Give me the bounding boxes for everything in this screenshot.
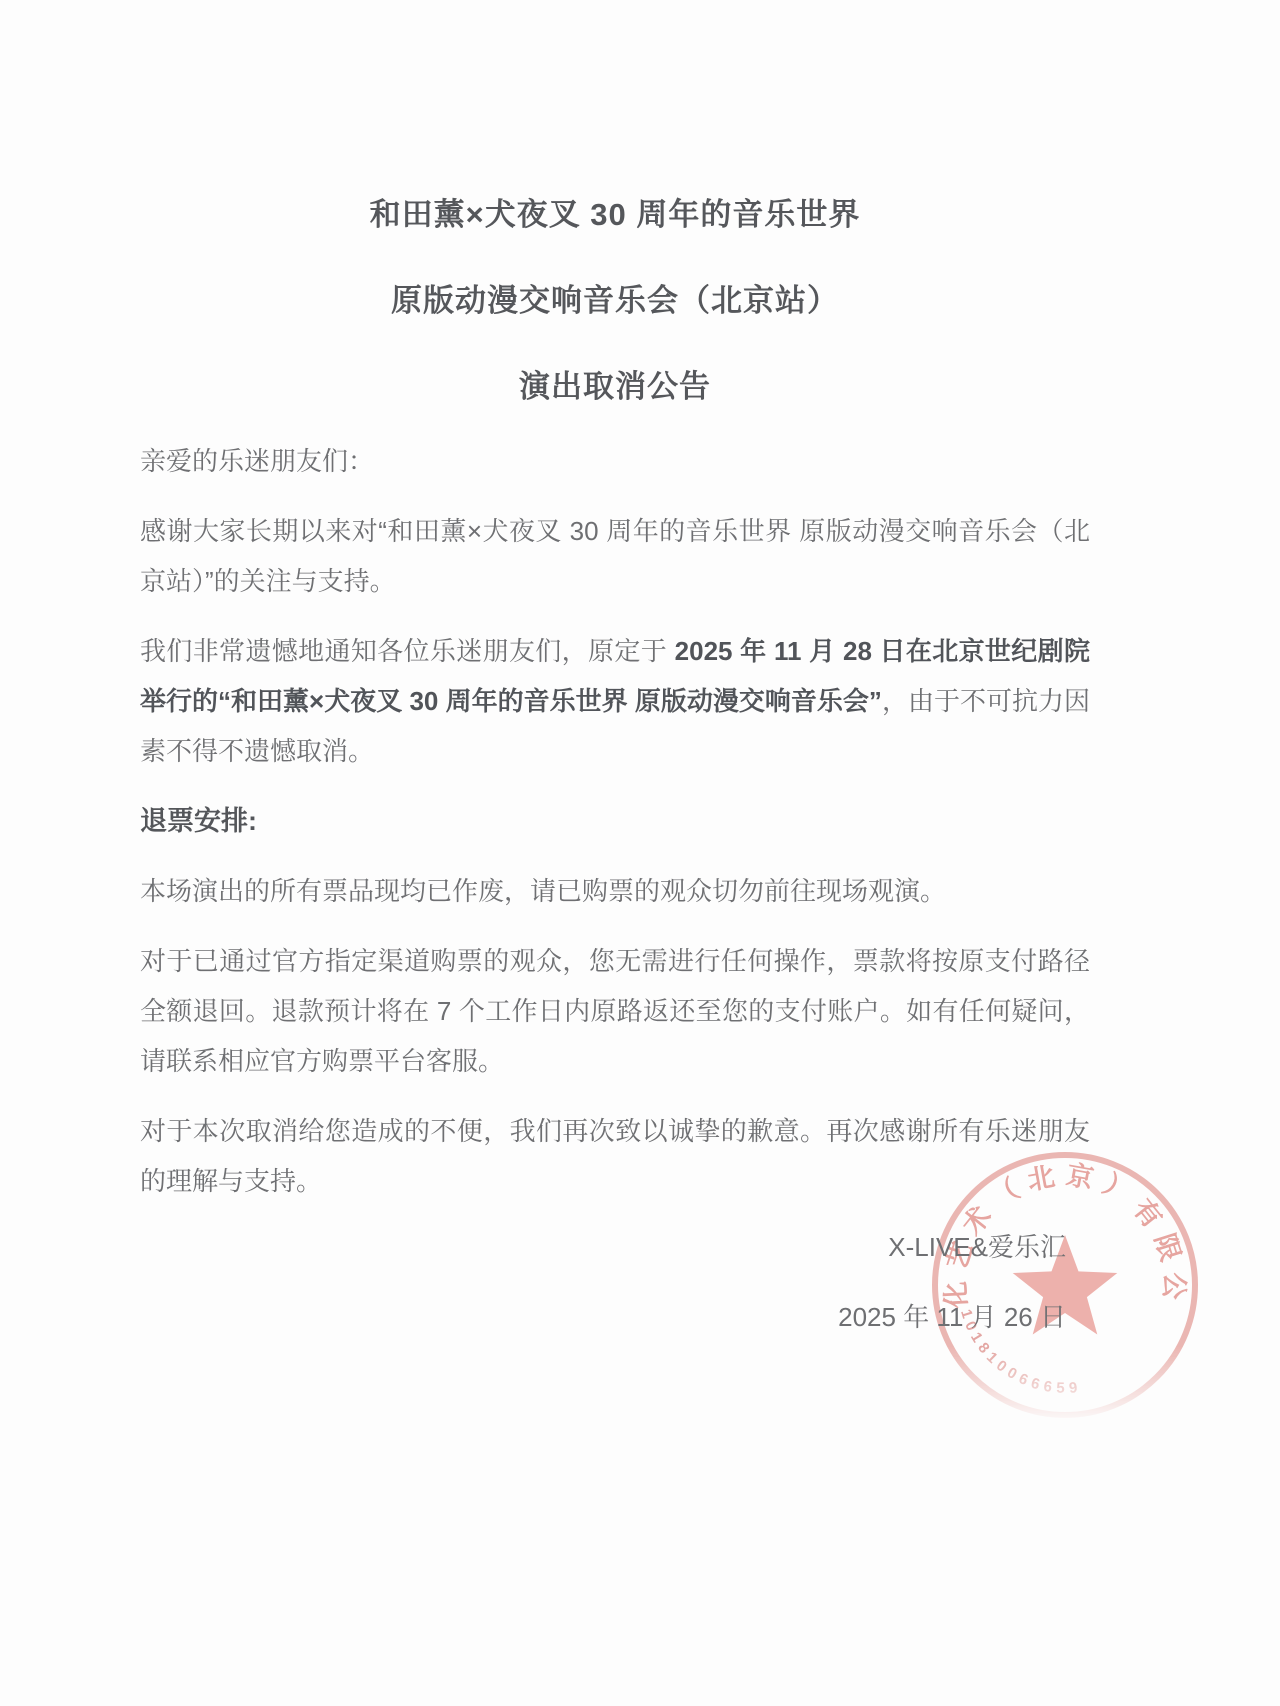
page-title-line-2: 原版动漫交响音乐会（北京站）	[140, 284, 1090, 318]
signature-block: X-LIVE&爱乐汇 2025 年 11 月 26 日	[140, 1226, 1090, 1338]
salutation: 亲爱的乐迷朋友们：	[140, 436, 1090, 486]
paragraph-refund-details: 对于已通过官方指定渠道购票的观众，您无需进行任何操作，票款将按原支付路径全额退回…	[140, 936, 1090, 1086]
refund-section-heading: 退票安排:	[140, 796, 1090, 846]
page-title-line-1: 和田薰×犬夜叉 30 周年的音乐世界	[140, 198, 1090, 232]
announcement-content: 和田薰×犬夜叉 30 周年的音乐世界 原版动漫交响音乐会（北京站） 演出取消公告…	[140, 198, 1090, 1338]
cancellation-text-pre: 我们非常遗憾地通知各位乐迷朋友们，原定于	[140, 636, 675, 666]
signature-organizer: X-LIVE&爱乐汇	[140, 1226, 1066, 1268]
signature-date: 2025 年 11 月 26 日	[140, 1296, 1066, 1338]
paragraph-apology: 对于本次取消给您造成的不便，我们再次致以诚挚的歉意。再次感谢所有乐迷朋友的理解与…	[140, 1106, 1090, 1206]
paragraph-thanks: 感谢大家长期以来对“和田薰×犬夜叉 30 周年的音乐世界 原版动漫交响音乐会（北…	[140, 506, 1090, 606]
page-title-line-3: 演出取消公告	[140, 370, 1090, 404]
paragraph-cancellation: 我们非常遗憾地通知各位乐迷朋友们，原定于 2025 年 11 月 28 日在北京…	[140, 626, 1090, 776]
announcement-page: 和田薰×犬夜叉 30 周年的音乐世界 原版动漫交响音乐会（北京站） 演出取消公告…	[0, 0, 1280, 1706]
paragraph-tickets-void: 本场演出的所有票品现均已作废，请已购票的观众切勿前往现场观演。	[140, 866, 1090, 916]
